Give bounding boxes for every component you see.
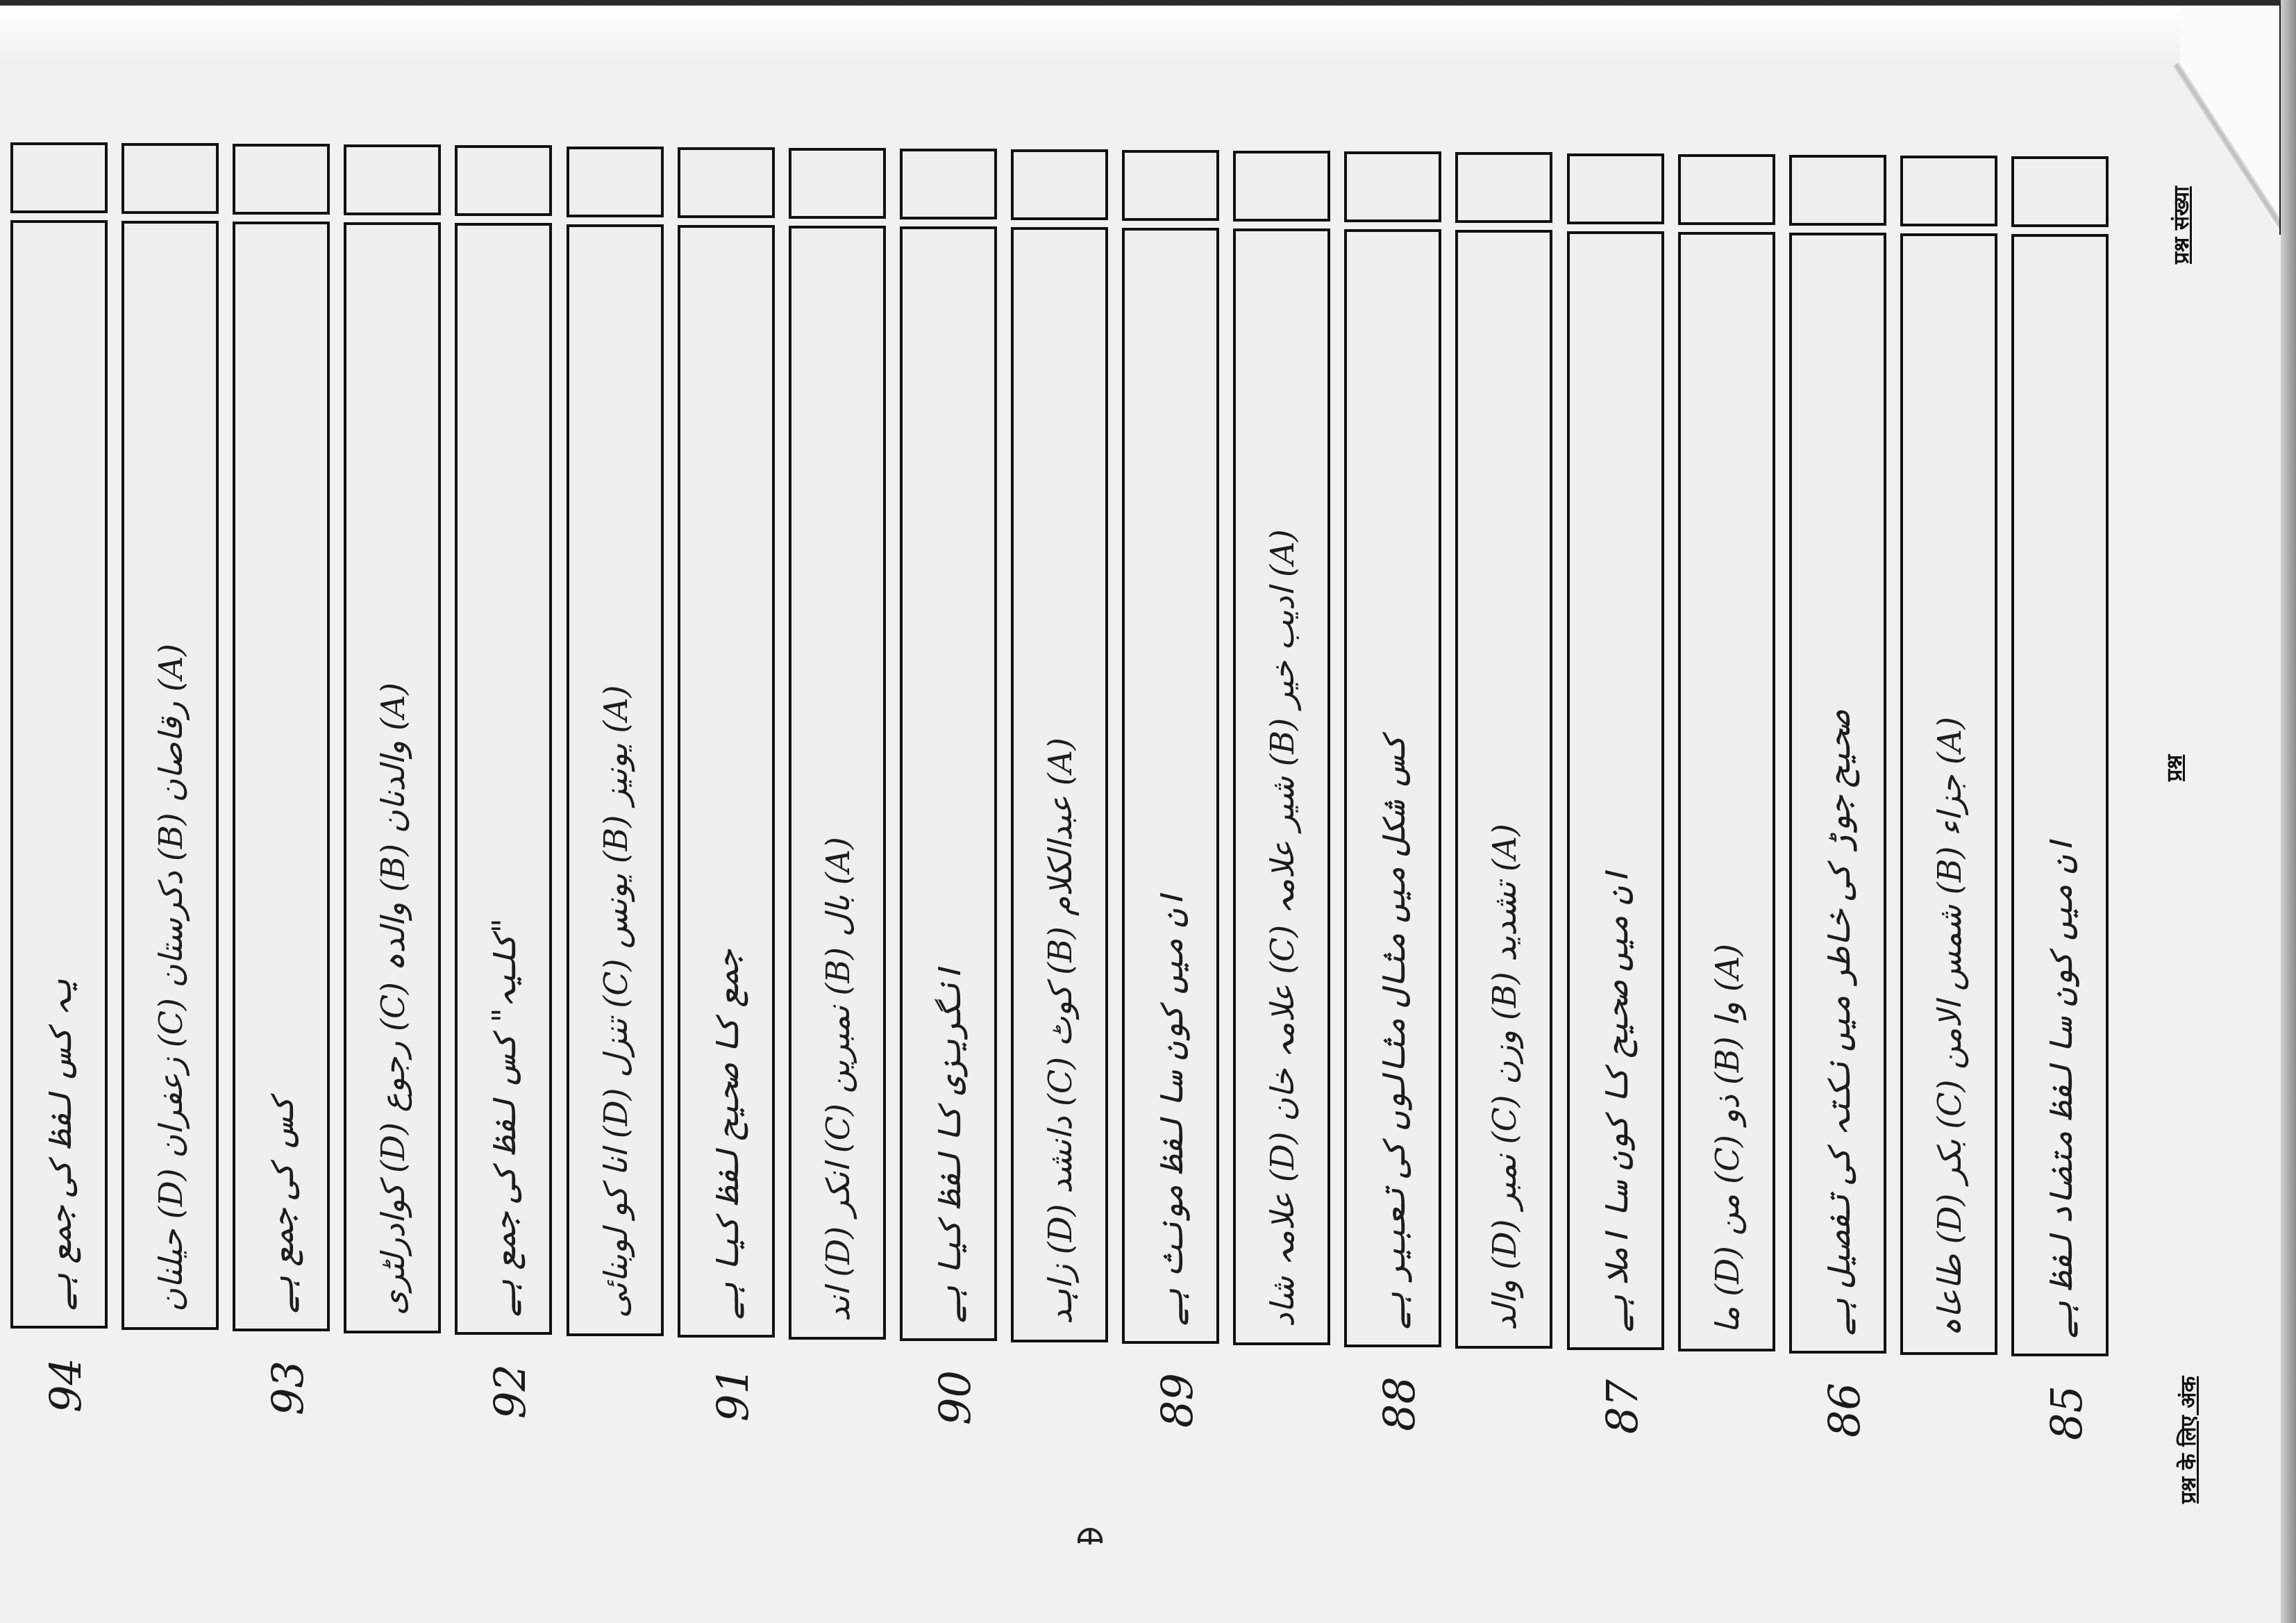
question-text: "کلیہ" کس لفظ کی جمع ہے bbox=[485, 918, 523, 1317]
options-cell: (A) بال (B) نمبرین (C) انکر (D) اند bbox=[789, 226, 886, 1340]
question-text-cell: ان میں کون سا لفظ مونث ہے bbox=[1122, 228, 1219, 1344]
question-text: صحیح جوڑ کی خاطر میں نکتہ کی تفصیل ہے bbox=[1820, 711, 1857, 1335]
table-row: "کلیہ" کس لفظ کی جمع ہے bbox=[455, 145, 555, 1335]
question-number-cell[interactable] bbox=[1567, 153, 1664, 224]
question-number-cell[interactable] bbox=[233, 144, 330, 215]
table-row: (A) بال (B) نمبرین (C) انکر (D) اند bbox=[789, 148, 889, 1340]
table-row: (A) ادیب خیر (B) شیر علامہ (C) علامہ خان… bbox=[1233, 151, 1333, 1345]
question-text: کس کی جمع ہے bbox=[263, 1096, 301, 1313]
question-number-cell[interactable] bbox=[1900, 156, 1997, 226]
question-number-cell[interactable] bbox=[121, 143, 219, 214]
table-row: جمع کا صحیح لفظ کیا ہے bbox=[678, 147, 778, 1338]
question-number-label: 94 bbox=[40, 1358, 91, 1413]
table-row: (A) یونیز (B) یونس (C) تنزل (D) انا کو ل… bbox=[567, 147, 667, 1336]
table-row: صحیح جوڑ کی خاطر میں نکتہ کی تفصیل ہے bbox=[1789, 155, 1889, 1354]
question-number-label: 88 bbox=[1374, 1376, 1425, 1431]
question-number-label: 85 bbox=[2041, 1385, 2092, 1440]
options-cell: (A) عبدالکلام (B) کوٹ (C) دانشد (D) زاہد bbox=[1011, 227, 1108, 1342]
question-text: ان میں کون سا لفظ متضاد لفظ ہے bbox=[2042, 837, 2079, 1338]
table-row: (A) جزاء (B) شمس الامن (C) بکر (D) طاعاہ bbox=[1900, 156, 2000, 1355]
header-question-number: प्रश्न संख्या bbox=[2166, 125, 2194, 264]
options-cell: (A) یونیز (B) یونس (C) تنزل (D) انا کو ل… bbox=[567, 224, 664, 1336]
options-cell: (A) جزاء (B) شمس الامن (C) بکر (D) طاعاہ bbox=[1900, 233, 1997, 1355]
question-number-cell[interactable] bbox=[344, 144, 441, 215]
table-row: انگریزی کا لفظ کیا ہے bbox=[900, 149, 1000, 1341]
table-row: (A) تشدید (B) وزن (C) نمبر (D) والد bbox=[1455, 152, 1555, 1349]
answer-options: (A) ادیب خیر (B) شیر علامہ (C) علامہ خان… bbox=[1264, 529, 1301, 1327]
answer-options: (A) بال (B) نمبرین (C) انکر (D) اند bbox=[819, 837, 857, 1322]
table-row: (A) والدنان (B) والدہ (C) رجوع (D) کوادر… bbox=[344, 144, 444, 1333]
question-number-cell[interactable] bbox=[1233, 151, 1330, 222]
question-text-cell: جمع کا صحیح لفظ کیا ہے bbox=[678, 225, 775, 1338]
header-marks: प्रश्न के लिए अंक bbox=[2173, 1323, 2201, 1504]
options-cell: (A) وا (B) ذو (C) من (D) ما bbox=[1678, 232, 1775, 1351]
question-number-label: 92 bbox=[485, 1364, 535, 1419]
question-text-cell: صحیح جوڑ کی خاطر میں نکتہ کی تفصیل ہے bbox=[1789, 233, 1886, 1354]
table-row: کس کی جمع ہے bbox=[233, 144, 333, 1331]
question-text: یہ کس لفظ کی جمع ہے bbox=[41, 979, 78, 1310]
question-number-cell[interactable] bbox=[2011, 156, 2109, 227]
question-text: ان میں صحیح کا کون سا املا ہے bbox=[1598, 868, 1635, 1332]
question-text-cell: یہ کس لفظ کی جمع ہے bbox=[10, 220, 108, 1329]
question-number-cell[interactable] bbox=[1344, 151, 1441, 222]
question-number-label: 86 bbox=[1819, 1383, 1870, 1438]
table-row: (A) عبدالکلام (B) کوٹ (C) دانشد (D) زاہد bbox=[1011, 149, 1111, 1342]
answer-options: (A) عبدالکلام (B) کوٹ (C) دانشد (D) زاہد bbox=[1041, 738, 1079, 1324]
question-number-cell[interactable] bbox=[900, 149, 997, 219]
question-text: ان میں کون سا لفظ مونث ہے bbox=[1153, 890, 1190, 1326]
table-row: ان میں صحیح کا کون سا املا ہے bbox=[1567, 153, 1667, 1350]
table-row: ان میں کون سا لفظ متضاد لفظ ہے bbox=[2011, 156, 2111, 1356]
question-number-label: 87 bbox=[1597, 1379, 1648, 1434]
question-number-label: 93 bbox=[262, 1360, 313, 1415]
options-cell: (A) ادیب خیر (B) شیر علامہ (C) علامہ خان… bbox=[1233, 228, 1330, 1345]
question-number-label: 89 bbox=[1152, 1373, 1203, 1428]
registration-mark-icon bbox=[1078, 1528, 1103, 1543]
answer-options: (A) یونیز (B) یونس (C) تنزل (D) انا کو ل… bbox=[597, 685, 635, 1318]
question-number-cell[interactable] bbox=[1678, 154, 1775, 225]
table-row: ان میں کون سا لفظ مونث ہے bbox=[1122, 150, 1222, 1344]
scan-right-edge bbox=[2281, 0, 2296, 1623]
options-cell: (A) رقاصان (B) دکرستان (C) زعفران (D) حی… bbox=[121, 221, 219, 1330]
question-text-cell: ان میں صحیح کا کون سا املا ہے bbox=[1567, 231, 1664, 1350]
question-text-cell: "کلیہ" کس لفظ کی جمع ہے bbox=[455, 223, 552, 1335]
header-question: प्रश्न bbox=[2159, 712, 2187, 781]
question-text-cell: انگریزی کا لفظ کیا ہے bbox=[900, 226, 997, 1341]
question-number-cell[interactable] bbox=[455, 145, 552, 216]
question-number-cell[interactable] bbox=[678, 147, 775, 218]
table-row: کس شکل میں مثال مثالوں کی تعبیر ہے bbox=[1344, 151, 1444, 1347]
question-number-cell[interactable] bbox=[1122, 150, 1219, 221]
question-number-cell[interactable] bbox=[10, 142, 108, 213]
table-row: (A) وا (B) ذو (C) من (D) ما bbox=[1678, 154, 1778, 1351]
question-number-cell[interactable] bbox=[1789, 155, 1886, 226]
question-text-cell: ان میں کون سا لفظ متضاد لفظ ہے bbox=[2011, 234, 2109, 1356]
question-number-cell[interactable] bbox=[789, 148, 886, 219]
answer-options: (A) وا (B) ذو (C) من (D) ما bbox=[1709, 944, 1746, 1333]
answer-options: (A) والدنان (B) والدہ (C) رجوع (D) کوادر… bbox=[374, 683, 412, 1315]
answer-options: (A) جزاء (B) شمس الامن (C) بکر (D) طاعاہ bbox=[1931, 717, 1968, 1337]
question-number-label: 91 bbox=[707, 1367, 758, 1422]
options-cell: (A) والدنان (B) والدہ (C) رجوع (D) کوادر… bbox=[344, 222, 441, 1333]
answer-options: (A) رقاصان (B) دکرستان (C) زعفران (D) حی… bbox=[152, 644, 190, 1312]
scan-top-border bbox=[0, 0, 2296, 6]
question-number-cell[interactable] bbox=[1455, 152, 1552, 223]
options-cell: (A) تشدید (B) وزن (C) نمبر (D) والد bbox=[1455, 230, 1552, 1349]
answer-options: (A) تشدید (B) وزن (C) نمبر (D) والد bbox=[1486, 824, 1523, 1331]
table-row: یہ کس لفظ کی جمع ہے bbox=[10, 142, 110, 1329]
question-text-cell: کس شکل میں مثال مثالوں کی تعبیر ہے bbox=[1344, 229, 1441, 1347]
scan-top-margin bbox=[0, 6, 2296, 61]
question-number-cell[interactable] bbox=[567, 147, 664, 217]
question-text: انگریزی کا لفظ کیا ہے bbox=[930, 964, 968, 1323]
question-text-cell: کس کی جمع ہے bbox=[233, 222, 330, 1331]
question-number-cell[interactable] bbox=[1011, 149, 1108, 220]
question-text: کس شکل میں مثال مثالوں کی تعبیر ہے bbox=[1375, 734, 1412, 1329]
question-number-label: 90 bbox=[930, 1370, 980, 1425]
table-row: (A) رقاصان (B) دکرستان (C) زعفران (D) حی… bbox=[121, 143, 221, 1330]
question-text: جمع کا صحیح لفظ کیا ہے bbox=[708, 951, 746, 1320]
